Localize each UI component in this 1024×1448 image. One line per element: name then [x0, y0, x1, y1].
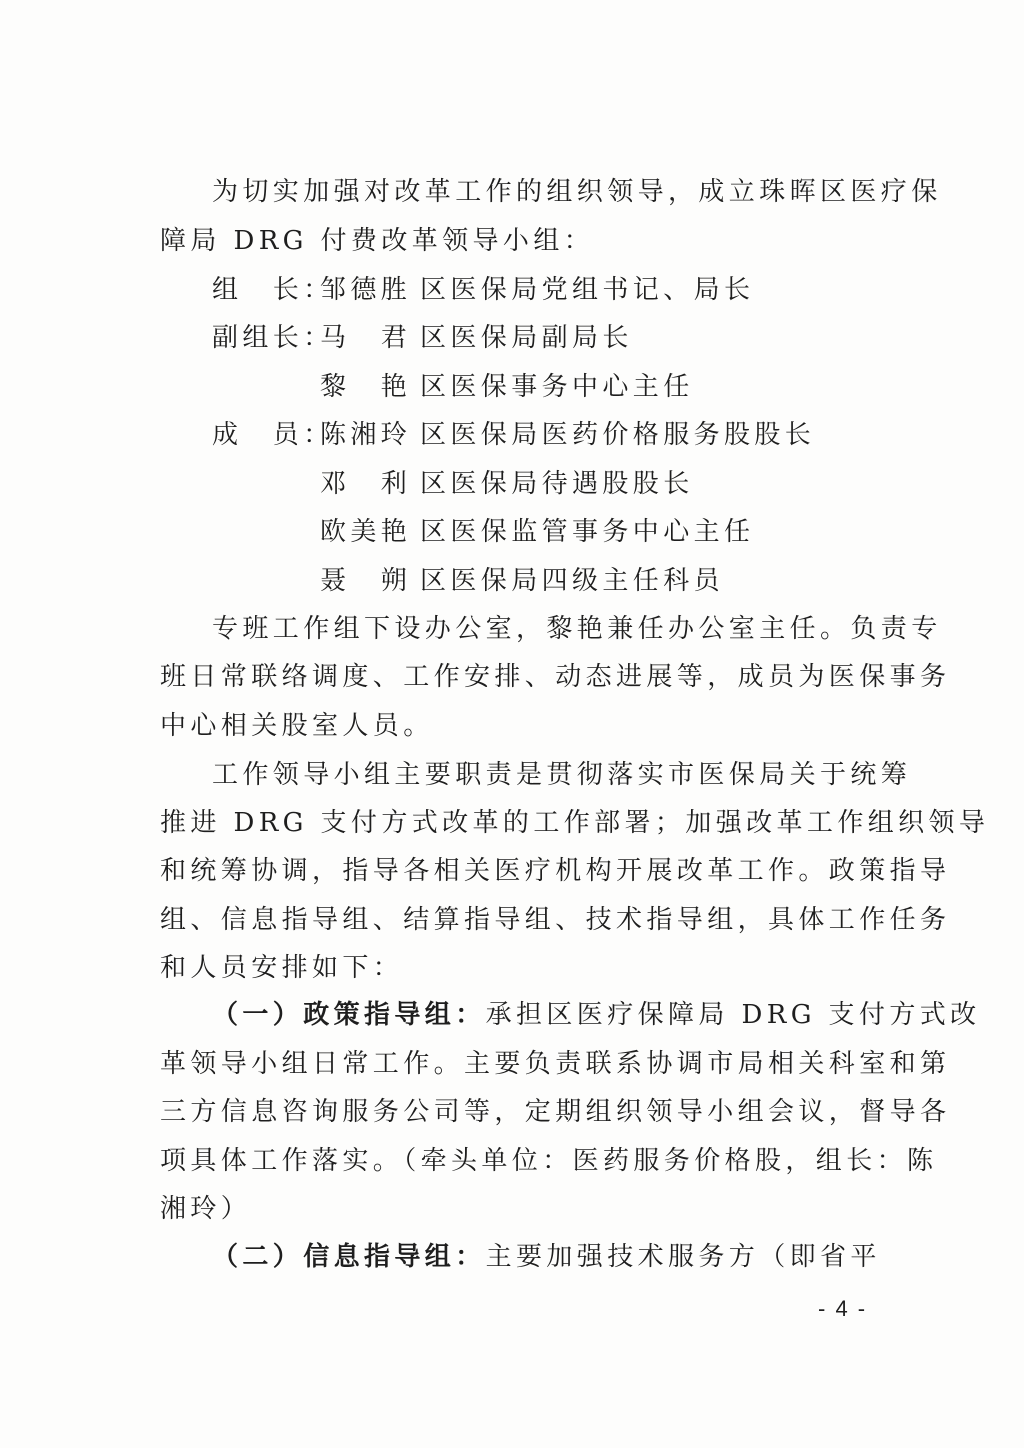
roster-name: 黎 艳: [320, 372, 411, 402]
duties-line-5: 和人员安排如下：: [160, 953, 864, 983]
intro-line-2: 障局 DRG 付费改革领导小组：: [160, 226, 864, 256]
intro-line-1: 为切实加强对改革工作的组织领导，成立珠晖区医疗保: [212, 177, 864, 207]
office-line-1: 专班工作组下设办公室，黎艳兼任办公室主任。负责专: [212, 614, 864, 644]
duties-line-3: 和统筹协调，指导各相关医疗机构开展改革工作。政策指导: [160, 856, 864, 886]
roster-title: 区医保事务中心主任: [420, 372, 694, 402]
roster-name: 邹德胜: [320, 275, 411, 305]
section1-line-3: 三方信息咨询服务公司等，定期组织领导小组会议，督导各: [160, 1097, 864, 1127]
office-line-2: 班日常联络调度、工作安排、动态进展等，成员为医保事务: [160, 662, 864, 692]
page-number: - 4 -: [818, 1296, 867, 1322]
roster-name: 陈湘玲: [320, 420, 411, 450]
section1-heading: （一）政策指导组：: [212, 1000, 486, 1030]
duties-line-1: 工作领导小组主要职责是贯彻落实市医保局关于统筹: [212, 760, 864, 790]
section2-first-line: （二）信息指导组：主要加强技术服务方（即省平: [212, 1242, 872, 1272]
duties-line-2: 推进 DRG 支付方式改革的工作部署；加强改革工作组织领导: [160, 808, 864, 838]
roster-role: 成 员：: [212, 420, 334, 450]
section1-line-2: 革领导小组日常工作。主要负责联系协调市局相关科室和第: [160, 1049, 864, 1079]
roster-title: 区医保监管事务中心主任: [420, 517, 754, 547]
roster-name: 邓 利: [320, 469, 411, 499]
office-line-3: 中心相关股室人员。: [160, 711, 864, 741]
roster-title: 区医保局四级主任科员: [420, 566, 724, 596]
roster-role: 组 长：: [212, 275, 334, 305]
roster-title: 区医保局副局长: [420, 323, 633, 353]
section1-first-line: （一）政策指导组：承担区医疗保障局 DRG 支付方式改: [212, 1000, 872, 1030]
document-page: 为切实加强对改革工作的组织领导，成立珠晖区医疗保 障局 DRG 付费改革领导小组…: [0, 0, 1024, 1448]
roster-title: 区医保局党组书记、局长: [420, 275, 754, 305]
roster-name: 马 君: [320, 323, 411, 353]
section1-line-4: 项具体工作落实。（牵头单位：医药服务价格股，组长：陈: [160, 1146, 864, 1176]
section1-first-line-text: 承担区医疗保障局 DRG 支付方式改: [486, 1000, 981, 1030]
roster-name: 欧美艳: [320, 517, 411, 547]
roster-title: 区医保局待遇股股长: [420, 469, 694, 499]
section2-heading: （二）信息指导组：: [212, 1242, 486, 1272]
roster-name: 聂 朔: [320, 566, 411, 596]
roster-role: 副组长：: [212, 323, 334, 353]
roster-title: 区医保局医药价格服务股股长: [420, 420, 815, 450]
duties-line-4: 组、信息指导组、结算指导组、技术指导组，具体工作任务: [160, 905, 864, 935]
section2-first-line-text: 主要加强技术服务方（即省平: [486, 1242, 881, 1272]
section1-line-5: 湘玲）: [160, 1194, 864, 1224]
